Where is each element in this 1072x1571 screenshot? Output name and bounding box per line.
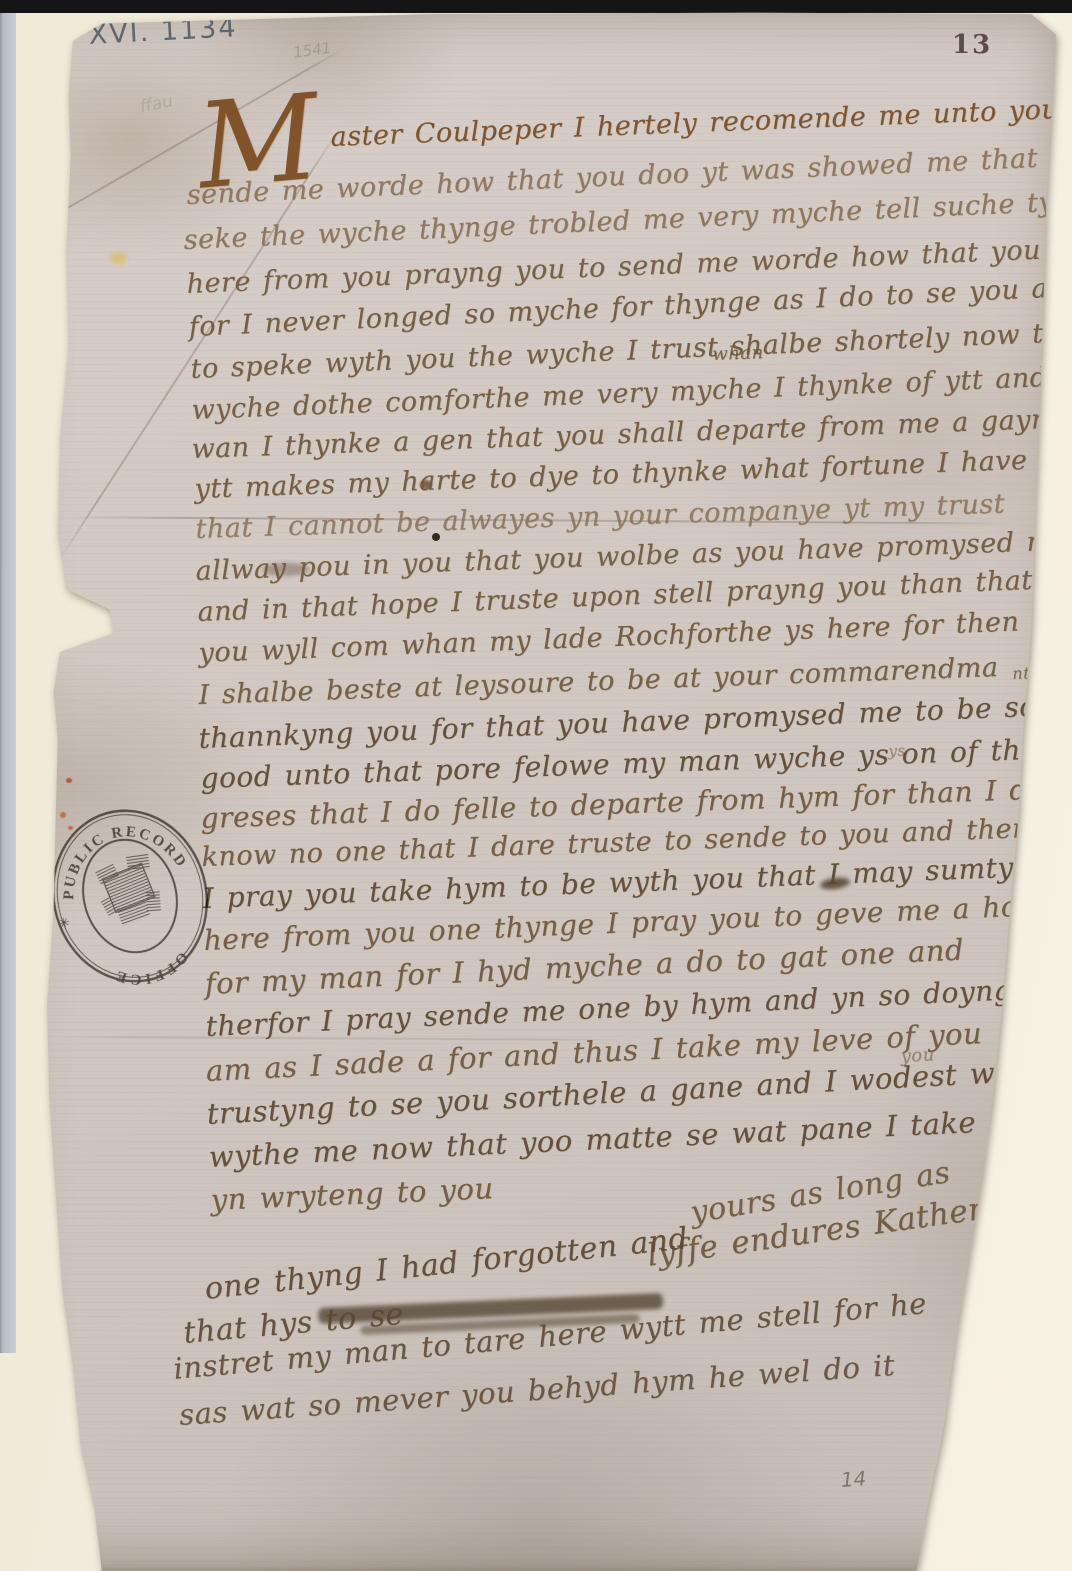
wax-residue xyxy=(60,812,66,818)
interlinear-insertion: whan xyxy=(712,342,764,365)
wax-residue xyxy=(28,760,38,768)
interlinear-insertion: ys xyxy=(888,741,906,760)
svg-text:OFFICE: OFFICE xyxy=(108,946,195,996)
archival-reference: XVI. 1134 xyxy=(88,12,238,51)
wax-residue xyxy=(24,790,32,797)
wax-residue xyxy=(50,766,57,772)
wax-residue xyxy=(34,822,43,829)
pencil-corner-note: ffau xyxy=(138,91,175,118)
stamp-rosette-icon: ✳ xyxy=(57,915,72,932)
stamp-royal-arms-emblem xyxy=(91,850,167,930)
wax-residue xyxy=(66,778,72,783)
interlinear-insertion: nt xyxy=(1012,663,1030,683)
folio-number-top: 13 xyxy=(952,30,992,60)
letter-line: yn wryteng to you xyxy=(210,1171,494,1217)
manuscript-photograph: XVI. 1134 1541 ffau 13 14 M aster Coulpe… xyxy=(0,0,1072,1571)
yellow-stain xyxy=(110,252,127,264)
stamp-text-bottom: OFFICE xyxy=(108,946,195,996)
letter-line: aster Coulpeper I hertely recomende me u… xyxy=(330,86,1072,153)
wax-residue xyxy=(42,800,53,809)
letter-parchment: XVI. 1134 1541 ffau 13 14 M aster Coulpe… xyxy=(0,0,1072,1571)
folio-number-bottom: 14 xyxy=(840,1466,867,1492)
parchment-wrap: XVI. 1134 1541 ffau 13 14 M aster Coulpe… xyxy=(0,0,1072,1571)
interlinear-insertion: you xyxy=(900,1044,935,1067)
